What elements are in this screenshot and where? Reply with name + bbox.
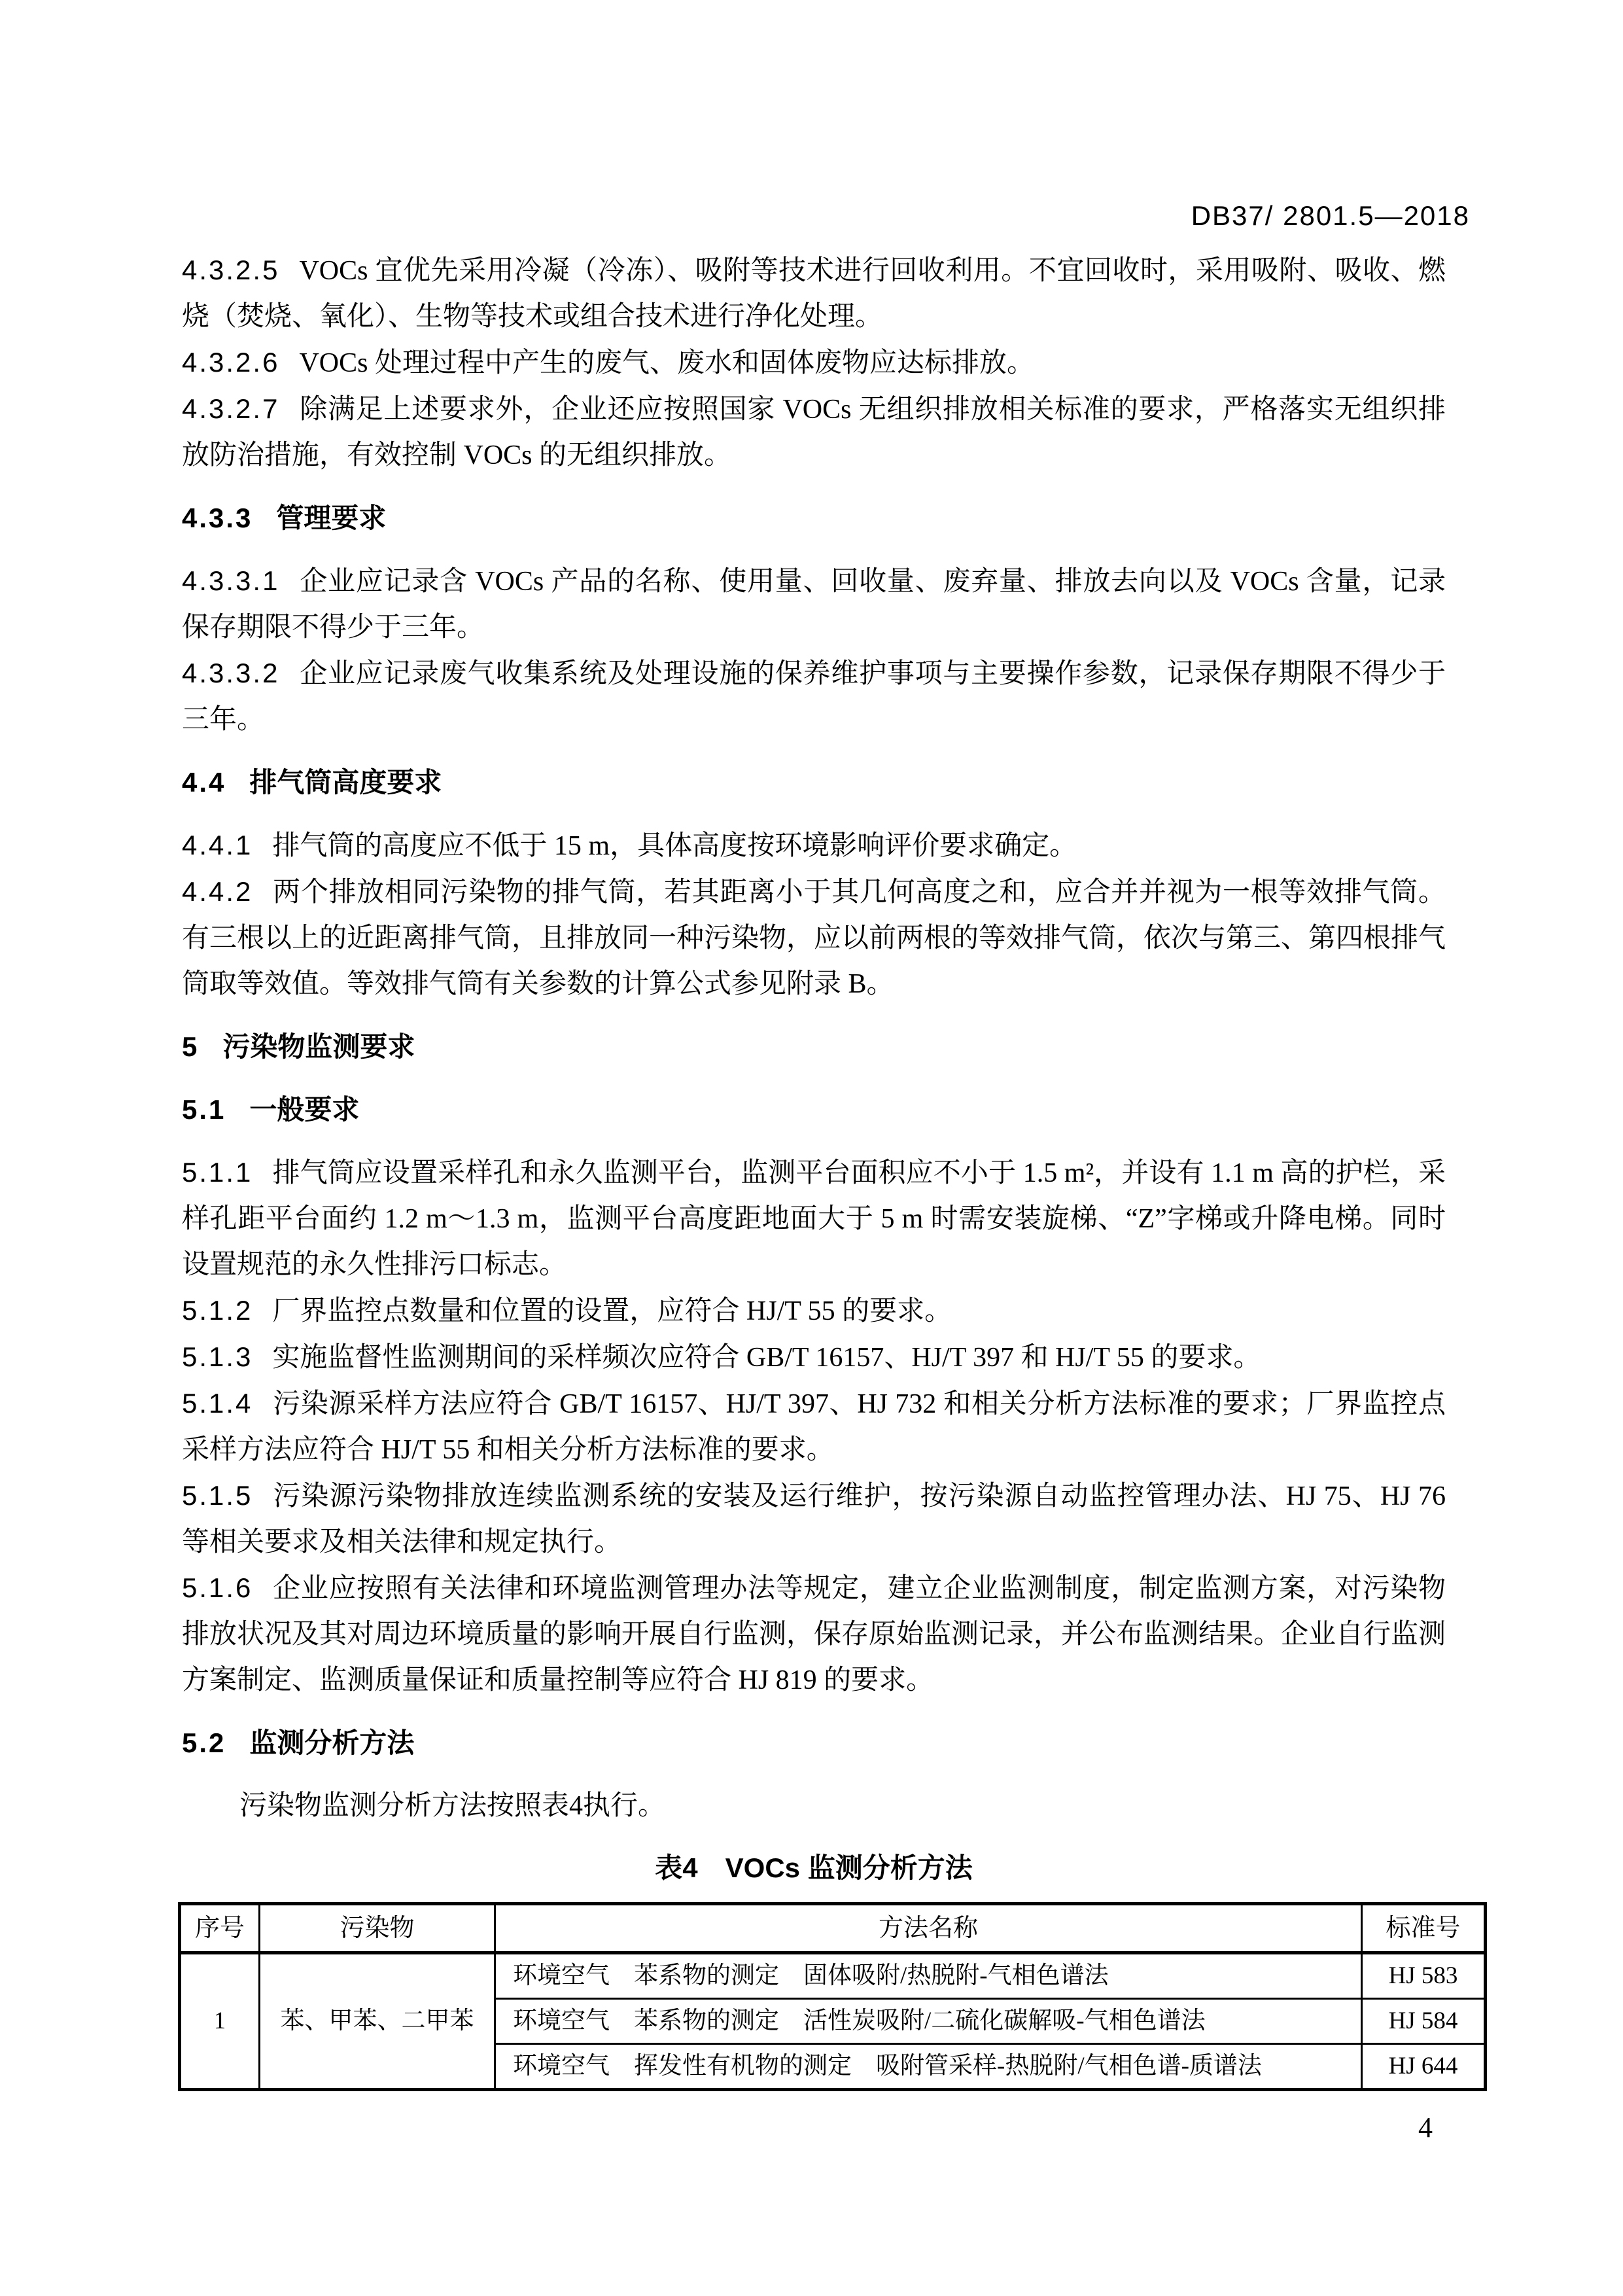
heading-number: 5.2 xyxy=(182,1727,226,1758)
table4-seq-cell: 1 xyxy=(180,1953,260,2090)
heading-5-2: 5.2监测分析方法 xyxy=(182,1720,1446,1766)
clause-number: 5.1.5 xyxy=(182,1480,253,1511)
clause-text: 污染源污染物排放连续监测系统的安装及运行维护，按污染源自动监控管理办法、HJ 7… xyxy=(182,1481,1446,1557)
heading-title: 管理要求 xyxy=(276,503,386,533)
heading-number: 5 xyxy=(182,1031,199,1062)
table4-header-standard: 标准号 xyxy=(1362,1904,1486,1953)
clause-4-4-2: 4.4.2两个排放相同污染物的排气筒，若其距离小于其几何高度之和，应合并并视为一… xyxy=(182,869,1446,1007)
clause-number: 4.4.2 xyxy=(182,876,253,907)
clause-text: 排气筒的高度应不低于 15 m，具体高度按环境影响评价要求确定。 xyxy=(272,831,1077,861)
page-number: 4 xyxy=(1418,2111,1433,2144)
clause-4-4-1: 4.4.1排气筒的高度应不低于 15 m，具体高度按环境影响评价要求确定。 xyxy=(182,822,1446,869)
heading-title: 监测分析方法 xyxy=(249,1727,414,1758)
paragraph-5-2-intro: 污染物监测分析方法按照表4执行。 xyxy=(182,1783,1446,1829)
heading-5-1: 5.1一般要求 xyxy=(182,1087,1446,1133)
clause-text: 两个排放相同污染物的排气筒，若其距离小于其几何高度之和，应合并并视为一根等效排气… xyxy=(182,877,1446,999)
heading-4-3-3: 4.3.3管理要求 xyxy=(182,495,1446,541)
clause-number: 5.1.1 xyxy=(182,1157,253,1188)
clause-text: 污染源采样方法应符合 GB/T 16157、HJ/T 397、HJ 732 和相… xyxy=(182,1389,1446,1465)
clause-number: 5.1.3 xyxy=(182,1341,253,1372)
clause-text: 企业应记录废气收集系统及处理设施的保养维护事项与主要操作参数，记录保存期限不得少… xyxy=(182,659,1446,735)
standard-code-header: DB37/ 2801.5—2018 xyxy=(1191,200,1470,232)
table4-header-row: 序号 污染物 方法名称 标准号 xyxy=(180,1904,1486,1953)
clause-4-3-3-1: 4.3.3.1企业应记录含 VOCs 产品的名称、使用量、回收量、废弃量、排放去… xyxy=(182,558,1446,650)
heading-title: 污染物监测要求 xyxy=(222,1031,415,1062)
clause-text: 企业应记录含 VOCs 产品的名称、使用量、回收量、废弃量、排放去向以及 VOC… xyxy=(182,567,1446,643)
table4-method-cell: 环境空气 挥发性有机物的测定 吸附管采样-热脱附/气相色谱-质谱法 xyxy=(495,2044,1362,2090)
clause-text: 排气筒应设置采样孔和永久监测平台，监测平台面积应不小于 1.5 m²，并设有 1… xyxy=(182,1158,1446,1280)
clause-5-1-1: 5.1.1排气筒应设置采样孔和永久监测平台，监测平台面积应不小于 1.5 m²，… xyxy=(182,1150,1446,1288)
clause-number: 5.1.6 xyxy=(182,1572,253,1603)
clause-4-3-3-2: 4.3.3.2企业应记录废气收集系统及处理设施的保养维护事项与主要操作参数，记录… xyxy=(182,650,1446,743)
clause-5-1-5: 5.1.5污染源污染物排放连续监测系统的安装及运行维护，按污染源自动监控管理办法… xyxy=(182,1473,1446,1565)
heading-number: 4.3.3 xyxy=(182,503,253,533)
clause-text: VOCs 处理过程中产生的废气、废水和固体废物应达标排放。 xyxy=(299,348,1034,378)
document-body: 4.3.2.5VOCs 宜优先采用冷凝（冷冻）、吸附等技术进行回收利用。不宜回收… xyxy=(182,247,1446,2091)
table4-method-cell: 环境空气 苯系物的测定 固体吸附/热脱附-气相色谱法 xyxy=(495,1953,1362,1999)
clause-5-1-6: 5.1.6企业应按照有关法律和环境监测管理办法等规定，建立企业监测制度，制定监测… xyxy=(182,1565,1446,1703)
heading-title: 排气筒高度要求 xyxy=(249,767,442,798)
clause-number: 4.3.2.5 xyxy=(182,255,279,285)
clause-number: 4.3.2.6 xyxy=(182,347,279,378)
table4-header-method: 方法名称 xyxy=(495,1904,1362,1953)
table4-standard-cell: HJ 644 xyxy=(1362,2044,1486,2090)
clause-number: 4.3.3.2 xyxy=(182,658,279,688)
table4-caption: 表4 VOCs 监测分析方法 xyxy=(182,1848,1446,1888)
heading-4-4: 4.4排气筒高度要求 xyxy=(182,760,1446,805)
clause-5-1-3: 5.1.3实施监督性监测期间的采样频次应符合 GB/T 16157、HJ/T 3… xyxy=(182,1334,1446,1381)
heading-5: 5污染物监测要求 xyxy=(182,1024,1446,1070)
heading-number: 5.1 xyxy=(182,1094,226,1125)
heading-title: 一般要求 xyxy=(249,1094,359,1125)
clause-text: 实施监督性监测期间的采样频次应符合 GB/T 16157、HJ/T 397 和 … xyxy=(272,1343,1261,1373)
clause-5-1-4: 5.1.4污染源采样方法应符合 GB/T 16157、HJ/T 397、HJ 7… xyxy=(182,1381,1446,1473)
clause-number: 5.1.2 xyxy=(182,1295,253,1326)
table4-standard-cell: HJ 583 xyxy=(1362,1953,1486,1999)
clause-number: 4.3.3.1 xyxy=(182,565,279,596)
table-row: 1 苯、甲苯、二甲苯 环境空气 苯系物的测定 固体吸附/热脱附-气相色谱法 HJ… xyxy=(180,1953,1486,1999)
table4-monitoring-methods: 序号 污染物 方法名称 标准号 1 苯、甲苯、二甲苯 环境空气 苯系物的测定 固… xyxy=(178,1902,1487,2091)
clause-text: VOCs 宜优先采用冷凝（冷冻）、吸附等技术进行回收利用。不宜回收时，采用吸附、… xyxy=(182,256,1446,332)
table4-pollutant-cell: 苯、甲苯、二甲苯 xyxy=(260,1953,495,2090)
clause-4-3-2-6: 4.3.2.6VOCs 处理过程中产生的废气、废水和固体废物应达标排放。 xyxy=(182,340,1446,386)
table4-method-cell: 环境空气 苯系物的测定 活性炭吸附/二硫化碳解吸-气相色谱法 xyxy=(495,1999,1362,2044)
table4-header-seq: 序号 xyxy=(180,1904,260,1953)
clause-text: 除满足上述要求外，企业还应按照国家 VOCs 无组织排放相关标准的要求，严格落实… xyxy=(182,395,1446,470)
clause-number: 4.3.2.7 xyxy=(182,393,279,424)
table4-header-pollutant: 污染物 xyxy=(260,1904,495,1953)
clause-number: 4.4.1 xyxy=(182,830,253,860)
clause-text: 企业应按照有关法律和环境监测管理办法等规定，建立企业监测制度，制定监测方案，对污… xyxy=(182,1574,1446,1695)
clause-number: 5.1.4 xyxy=(182,1388,253,1419)
clause-5-1-2: 5.1.2厂界监控点数量和位置的设置，应符合 HJ/T 55 的要求。 xyxy=(182,1288,1446,1334)
heading-number: 4.4 xyxy=(182,767,226,798)
clause-4-3-2-7: 4.3.2.7除满足上述要求外，企业还应按照国家 VOCs 无组织排放相关标准的… xyxy=(182,386,1446,478)
clause-text: 厂界监控点数量和位置的设置，应符合 HJ/T 55 的要求。 xyxy=(272,1296,952,1326)
table4-standard-cell: HJ 584 xyxy=(1362,1999,1486,2044)
document-page: DB37/ 2801.5—2018 4.3.2.5VOCs 宜优先采用冷凝（冷冻… xyxy=(0,0,1623,2296)
clause-4-3-2-5: 4.3.2.5VOCs 宜优先采用冷凝（冷冻）、吸附等技术进行回收利用。不宜回收… xyxy=(182,247,1446,340)
